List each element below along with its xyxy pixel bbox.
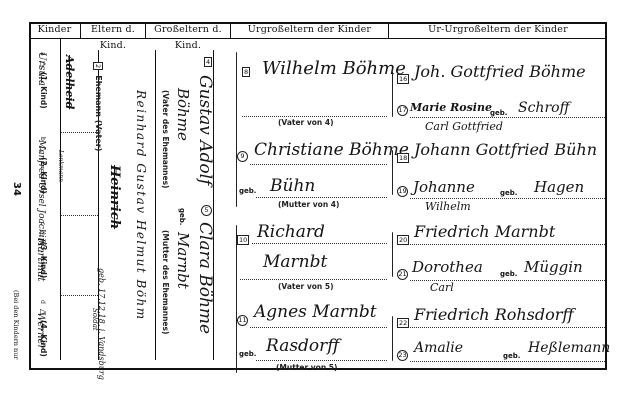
- great-grandparent-9-maiden: Bühn: [270, 176, 315, 196]
- great-grandparent-11-maiden: Rasdorff: [266, 336, 339, 356]
- footer-note: (Bei den Kindern nur: [12, 290, 20, 360]
- dotted-line: [410, 361, 605, 362]
- header-ur-urgrosseltern: Ur-Urgroßeltern der Kinder: [389, 22, 607, 39]
- great-grandparent-11-name: Agnes Marnbt: [254, 302, 377, 322]
- great-great-grandparent-18-name: Johann Gottfried Bühn: [414, 140, 597, 159]
- great-great-grandparent-23-maiden: Heßlemann: [528, 340, 610, 356]
- great-great-grandparent-17-geb-label: geb.: [490, 109, 507, 117]
- great-grandparent-8-name: Wilhelm Böhme: [262, 58, 406, 79]
- great-great-grandparent-17-name: Marie Rosine: [410, 101, 492, 114]
- great-grandparent-8-caption: (Vater von 4): [278, 118, 334, 127]
- grandfather-caption: (Vater des Ehemannes): [161, 90, 170, 188]
- great-great-grandparent-17-maiden: Schroff: [518, 100, 570, 116]
- great-great-grandparent-19-maiden: Hagen: [534, 178, 584, 196]
- great-grandparent-10-name: Richard: [257, 222, 325, 242]
- great-great-grandparent-21-note: Carl: [430, 281, 454, 294]
- brace: [392, 232, 393, 277]
- page-number: 34: [11, 182, 22, 196]
- husband-struck-name: Heinrich: [107, 165, 122, 229]
- dotted-line: [410, 198, 605, 199]
- box-number-22: 22: [397, 318, 409, 328]
- great-great-grandparent-21-maiden: Müggin: [524, 258, 583, 276]
- circle-number-17: 17: [397, 105, 408, 116]
- circle-number-19: 19: [397, 186, 408, 197]
- dotted-line: [256, 197, 387, 198]
- child-separator: [61, 295, 98, 296]
- great-grandparent-10-surname: Marnbt: [263, 252, 327, 272]
- grandmother-maiden: Marnbt: [174, 232, 192, 289]
- great-grandparent-9-name: Christiane Böhme: [254, 140, 409, 160]
- dotted-line: [250, 327, 387, 328]
- great-great-grandparent-22-name: Friedrich Rohsdorff: [414, 305, 574, 324]
- dotted-line: [256, 360, 387, 361]
- child-2-note: Lenkmann: [57, 150, 64, 182]
- child-4-name: Werner: [35, 312, 46, 349]
- great-great-grandparent-20-name: Friedrich Marnbt: [414, 222, 555, 241]
- great-great-grandparent-19-note: Wilhelm: [425, 200, 471, 213]
- circle-number-21: 21: [397, 269, 408, 280]
- box-number-20: 20: [397, 235, 409, 245]
- header-kinder: Kinder: [29, 22, 81, 39]
- great-grandparent-9-geb-label: geb.: [239, 187, 256, 195]
- brace: [236, 52, 237, 207]
- brace: [392, 316, 393, 361]
- dotted-line: [242, 116, 387, 117]
- dotted-line: [252, 243, 387, 244]
- grandmother-caption: (Mutter des Ehemannes): [161, 230, 170, 334]
- circle-number-23: 23: [397, 350, 408, 361]
- child-3-marker: c: [39, 222, 46, 225]
- great-great-grandparent-23-geb-label: geb.: [503, 352, 520, 360]
- circle-number-9: 9: [237, 151, 248, 162]
- dotted-line: [410, 117, 605, 118]
- divider-grandparents-left: [155, 50, 156, 360]
- child-separator: [61, 215, 98, 216]
- triangle-icon: △: [39, 230, 48, 236]
- husband-label: 2 Ehemann (Vater): [92, 62, 111, 151]
- divider-children: [60, 39, 61, 360]
- great-grandparent-10-caption: (Vater von 5): [278, 282, 334, 291]
- great-grandparent-11-geb-label: geb.: [239, 350, 256, 358]
- dotted-line: [240, 279, 387, 280]
- great-great-grandparent-17-note: Carl Gottfried: [425, 120, 503, 133]
- grandmother-name: Clara Böhme: [195, 222, 215, 334]
- box-number-16: 16: [397, 74, 409, 84]
- grandfather-surname: Böhme: [174, 88, 192, 141]
- brace: [392, 72, 393, 117]
- header-grosseltern: Großeltern d. Kind.: [146, 22, 231, 39]
- child-1-name: Ursula: [36, 52, 47, 86]
- circle-number-5: 5: [201, 205, 212, 216]
- great-great-grandparent-19-geb-label: geb.: [500, 189, 517, 197]
- husband-label-text: Ehemann (Vater): [94, 75, 103, 151]
- box-number-10: 10: [237, 235, 249, 245]
- great-grandparent-11-caption: (Mutter von 5): [276, 363, 337, 372]
- husband-name: Reinhard Gustav Helmut Böhm: [134, 90, 148, 321]
- header-eltern: Eltern d. Kind.: [81, 22, 146, 39]
- box-number-18: 18: [397, 153, 409, 163]
- great-great-grandparent-21-geb-label: geb.: [500, 270, 517, 278]
- child-4-marker: d: [39, 300, 46, 304]
- great-great-grandparent-19-name: Johanne: [413, 178, 475, 196]
- great-great-grandparent-21-name: Dorothea: [412, 258, 483, 276]
- child-1-struck-name: Adelheid: [63, 55, 76, 109]
- grandfather-name: Gustav Adolf: [195, 75, 215, 185]
- child-3-name: Hartmut: [35, 238, 46, 281]
- dotted-line: [410, 327, 605, 328]
- box-number-2: 2: [93, 62, 103, 70]
- box-number-8: 8: [242, 67, 250, 77]
- great-grandparent-9-caption: (Mutter von 4): [278, 200, 339, 209]
- dotted-line: [410, 244, 605, 245]
- header-urgrosseltern: Urgroßeltern der Kinder: [231, 22, 389, 39]
- box-number-4: 4: [204, 57, 212, 67]
- circle-number-11: 11: [237, 315, 248, 326]
- dotted-line: [250, 164, 387, 165]
- brace: [236, 225, 237, 373]
- grandmother-geb-label: geb.: [178, 208, 186, 225]
- great-great-grandparent-16-name: Joh. Gottfried Böhme: [414, 62, 586, 81]
- husband-extra: Soldat: [91, 308, 99, 331]
- brace: [392, 150, 393, 195]
- great-great-grandparent-23-name: Amalie: [414, 340, 463, 356]
